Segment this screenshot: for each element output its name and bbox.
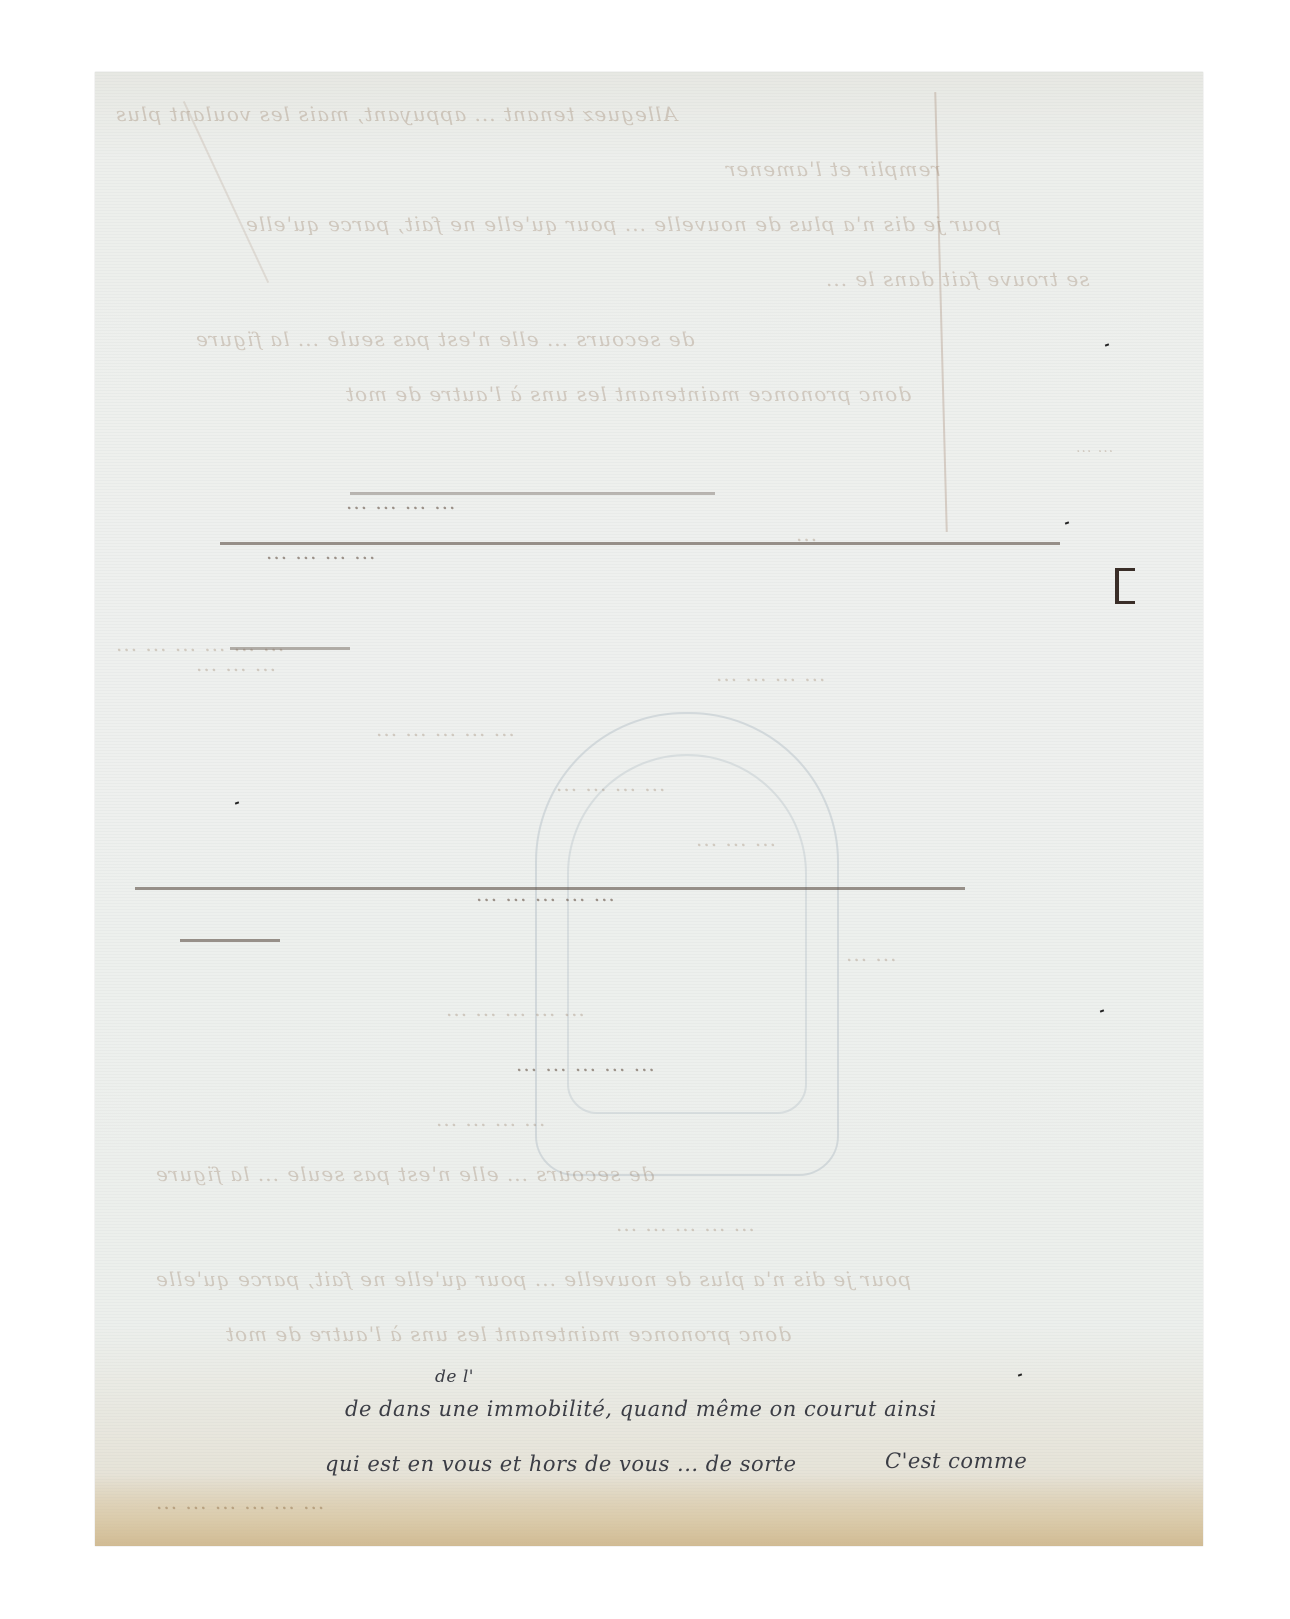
bracket-mark [1115,568,1135,604]
bleed-line: de secours ... elle n'est pas seule ... … [155,1162,654,1186]
bleed-line: ... ... ... ... [715,662,825,686]
pencil-line-2: qui est en vous et hors de vous ... de s… [325,1452,797,1476]
bleed-line: ... ... ... ... ... [375,717,515,741]
ink-speck [1018,1373,1022,1376]
strikethrough [180,939,280,942]
diagonal-stroke [183,101,269,283]
bleed-line: pour je dis n'a plus de nouvelle ... pou… [245,212,1001,236]
ink-speck [1105,343,1109,346]
bleed-line: remplir et l'amener [725,157,941,181]
ink-speck [1065,521,1069,524]
ink-speck [1100,1009,1104,1012]
bleed-line: ... ... [1075,440,1113,456]
pencil-insertion: de l' [435,1367,474,1387]
bleed-line: de secours ... elle n'est pas seule ... … [195,327,694,351]
pencil-line-2-end: C'est comme [885,1449,1027,1473]
bleed-line: donc prononce maintenant les uns à l'aut… [225,1322,791,1346]
bleed-line: pour je dis n'a plus de nouvelle ... pou… [155,1267,911,1291]
bleed-line: ... ... ... ... [435,1107,545,1131]
bleed-line: ... ... ... [695,827,776,851]
bleed-line: donc prononce maintenant les uns à l'aut… [345,382,911,406]
bleed-line: ... ... ... ... ... [515,1052,655,1076]
strikethrough [350,492,715,495]
bleed-line: Alleguez tenant ... appuyant, mais les v… [115,102,677,126]
bleed-line: se trouve fait dans le ... [825,267,1089,291]
bleed-line: ... ... ... ... ... [615,1212,755,1236]
bottom-bleed-line: ... ... ... ... ... ... [155,1490,324,1514]
strikethrough [135,887,965,890]
ink-speck [235,801,239,804]
bleed-line: ... ... [845,942,897,966]
bleed-line: ... ... ... ... ... [445,997,585,1021]
manuscript-page: Alleguez tenant ... appuyant, mais les v… [95,72,1203,1546]
strikethrough [220,542,1060,545]
bleed-line: ... ... ... [195,652,276,676]
pencil-line-1: de dans une immobilité, quand même on co… [345,1397,937,1421]
bleed-line: ... ... ... ... ... [475,882,615,906]
strikethrough [230,647,350,650]
bleed-line: ... ... ... ... [555,772,665,796]
